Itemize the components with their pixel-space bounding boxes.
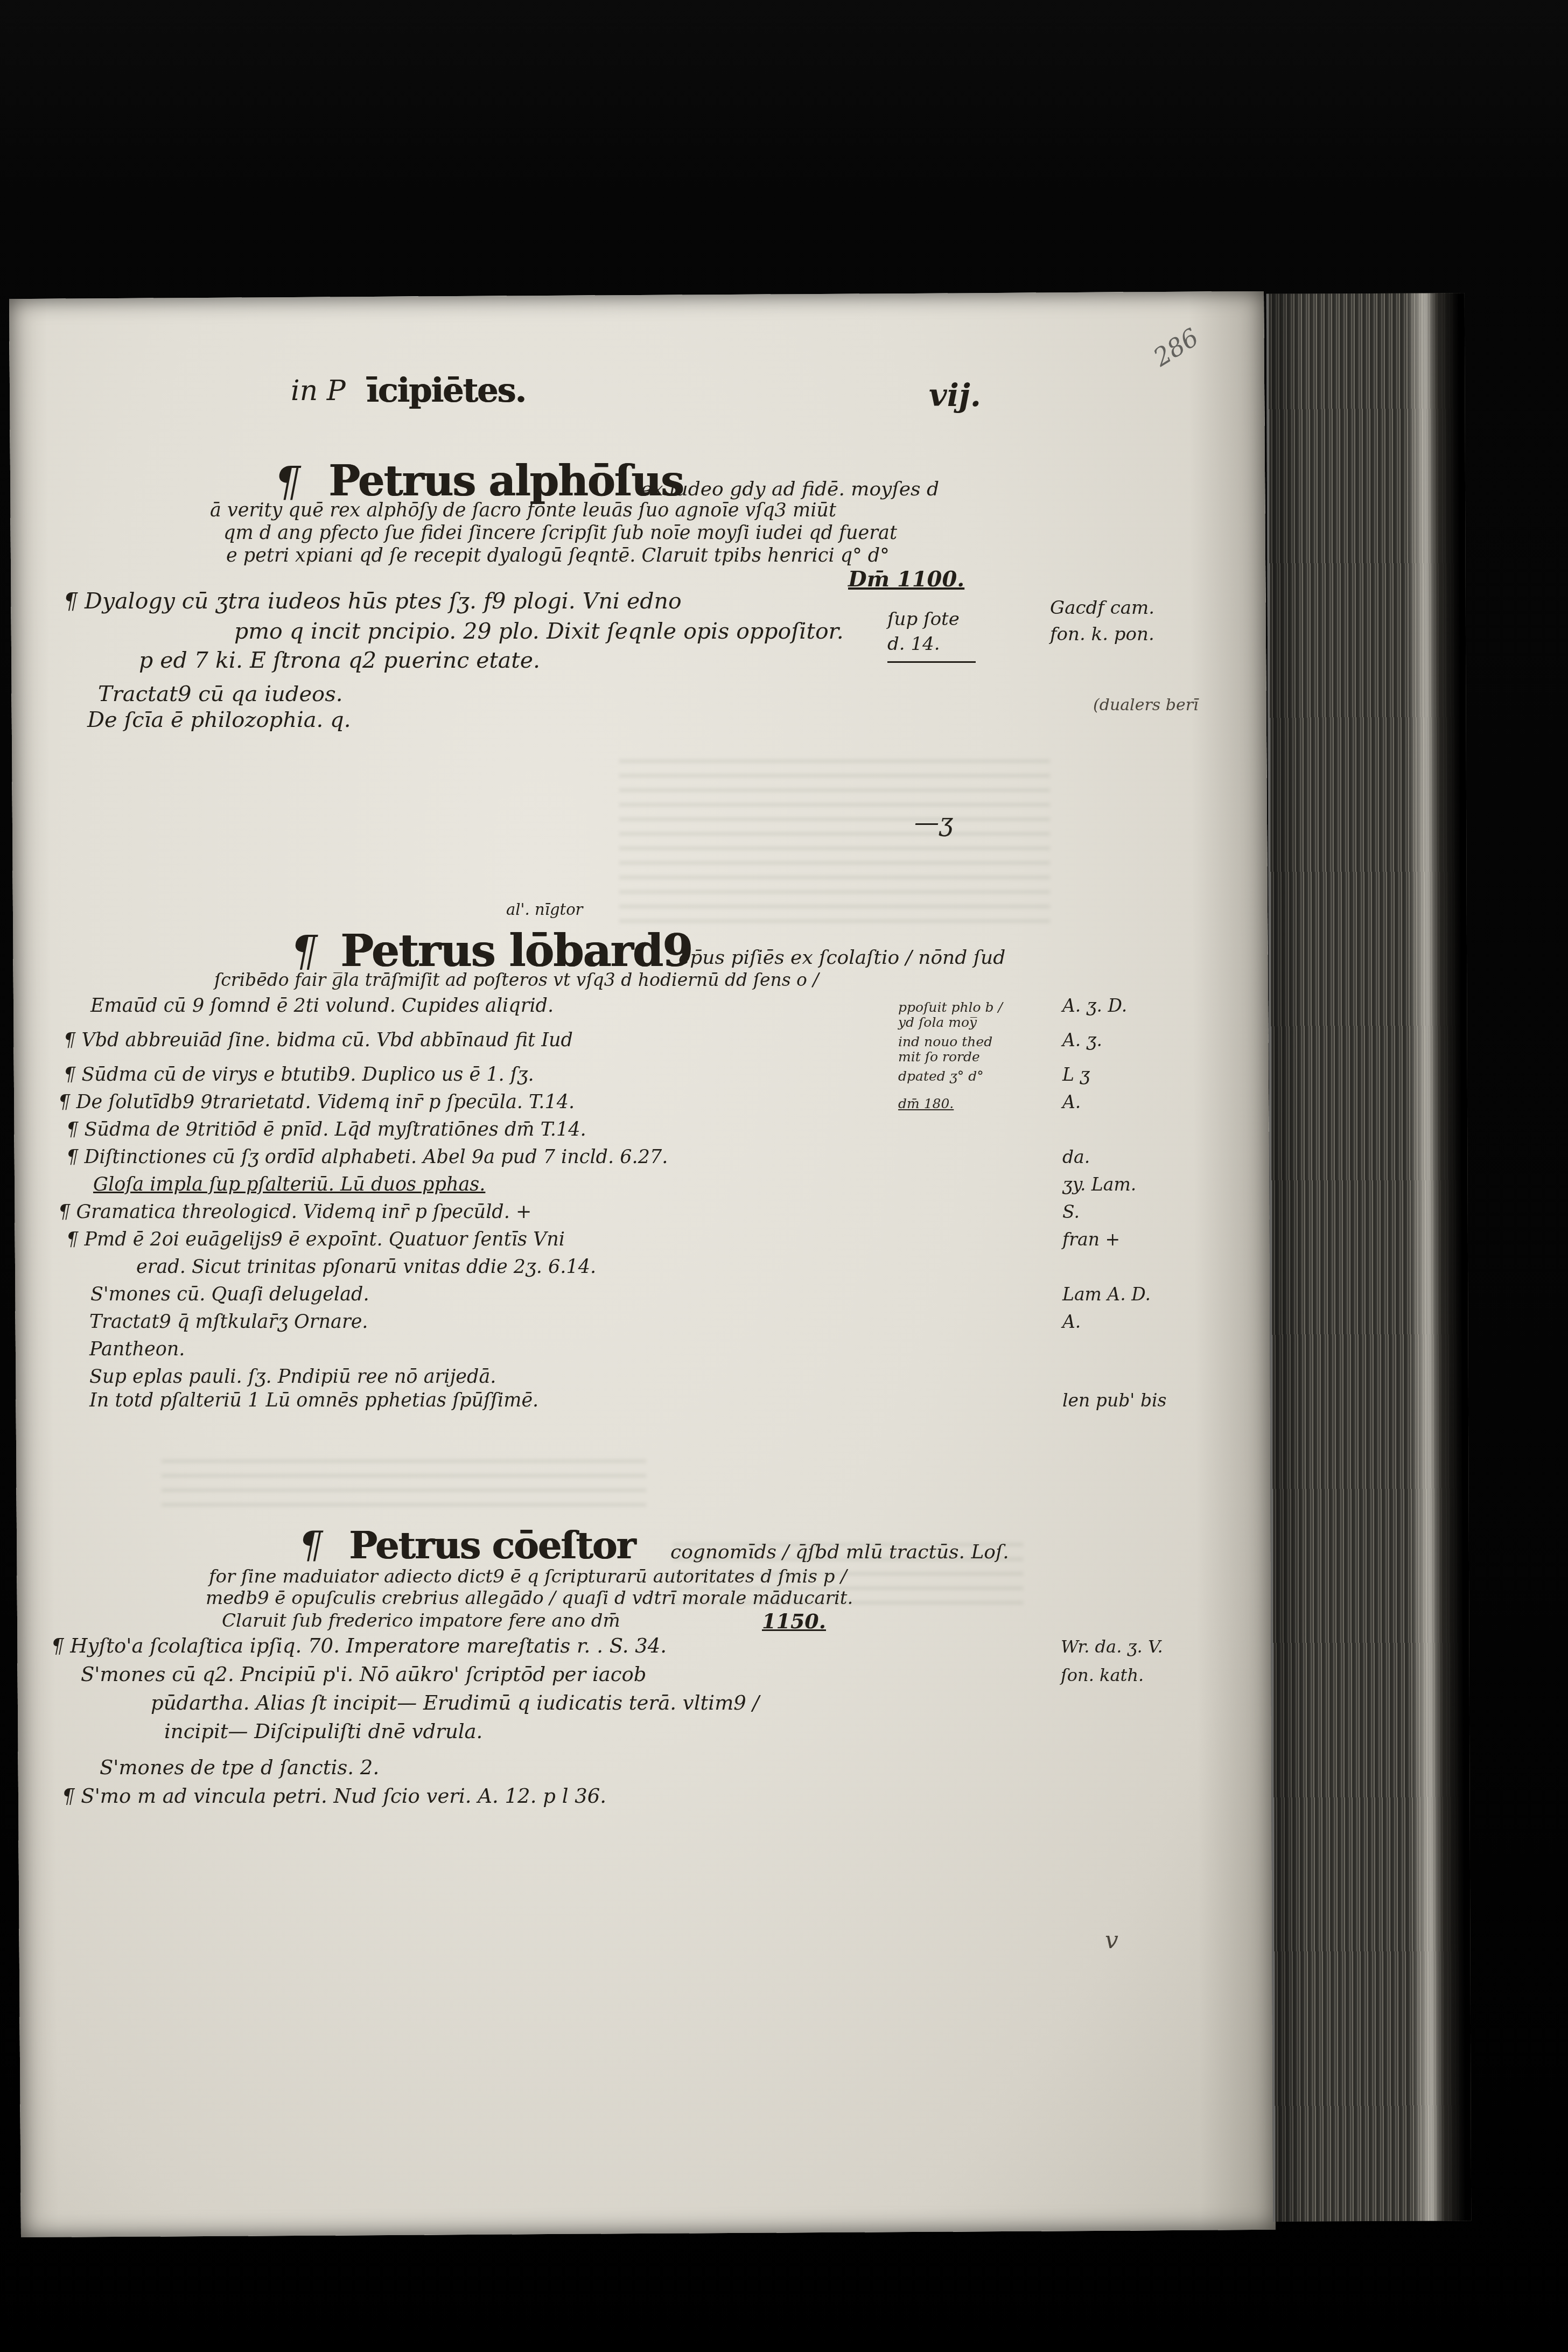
alphonsus-entry-line: pmo q incit pncipio. 29 plo. Dixit ſeqnl… <box>234 618 844 644</box>
verso-show-through <box>673 1532 1023 1607</box>
catalog-row: ¶ De ſolutīdb9 9trarietatd. Videmq inr̄ … <box>58 1091 1200 1119</box>
catalog-row: ¶ Diſtinctiones cū ſʒ ordīd alphabeti. A… <box>58 1146 1200 1174</box>
photo-background: 286 in P īcipiētes. vij. ¶ Petrus alphōſ… <box>0 0 1568 2352</box>
comestor-pilcrow: ¶ <box>299 1523 323 1567</box>
catalog-row: S'mones cū. Quaſi delugelad.Lam A. D. <box>58 1284 1200 1311</box>
alphonsus-margin-note: Gacdf cam. fon. k. pon. <box>1050 595 1154 648</box>
ink-check-mark: v <box>1105 1927 1118 1954</box>
quire-number: vij. <box>929 377 981 414</box>
alphonsus-entry-line: ¶ Dyalogy cū ʒtra iudeos hūs ptes ſʒ. f9… <box>64 588 682 614</box>
catalog-row: Emaūd cū 9 ſomnd ē 2ti volund. Cupides a… <box>58 995 1200 1030</box>
alphonsus-entry3: De ſcīa ē philozophia. q. <box>87 708 351 732</box>
running-title: īcipiētes. <box>366 370 526 410</box>
catalog-row: ¶ Sūdma cū de virys e btutib9. Duplico u… <box>58 1064 1200 1091</box>
comestor-heading: Petrus cōeſtor <box>349 1523 635 1567</box>
verso-show-through <box>162 1448 646 1513</box>
catalog-row: Sup eplas pauli. ſʒ. Pndipiū ree nō arij… <box>58 1366 1200 1390</box>
alphonsus-shelfmark-note: ſup ſote d. 14. <box>887 607 976 663</box>
catalog-row: ¶ Pmd ē 2oi euāgelijs9 ē expoīnt. Quatuo… <box>58 1229 1200 1256</box>
alphonsus-far-margin-note: (dualers berī <box>1093 696 1199 715</box>
catalog-row: Gloſa impla ſup pſalteriū. Lū duos pphas… <box>58 1174 1200 1201</box>
catalog-row: ¶ Vbd abbreuiād ſine. bidma cū. Vbd abbī… <box>58 1030 1200 1064</box>
book-fore-edge <box>1266 293 1471 2221</box>
catalog-row: pūdartha. Alias ſt incipit— Erudimū q iu… <box>51 1691 1203 1720</box>
catalog-row: S'mones cū q2. Pncipiū p'i. Nō aūkro' ſc… <box>51 1663 1203 1691</box>
catalog-row: ¶ Sūdma de 9tritiōd ē pnīd. Lq̄d myſtrat… <box>58 1119 1200 1146</box>
comestor-year: 1150. <box>762 1609 826 1633</box>
catalog-row: Pantheon. <box>58 1339 1200 1366</box>
catalog-row: ¶ Gramatica threologicd. Videmq inr̄ p ſ… <box>58 1201 1200 1229</box>
lombardus-heading-superscript: al'. nīgtor <box>506 900 583 919</box>
catalog-row: erad. Sicut trinitas pſonarū vnitas ddie… <box>58 1256 1200 1284</box>
verso-show-through <box>619 748 1050 926</box>
lombardus-heading-tail: ep̄us piſiēs ex ſcolaſtio / nōnd ſud <box>678 947 1005 969</box>
catalog-row: incipit— Diſcipuliſti dnē vdrula. <box>51 1720 1203 1748</box>
running-title-left: in P <box>291 375 346 407</box>
catalog-row: Tractat9 q̄ mſtkular̄ʒ Ornare.A. <box>58 1311 1200 1339</box>
alphonsus-entry-line: p ed 7 ki. E ſtrona q2 puerinc etate. <box>139 647 540 673</box>
comestor-intro-line: Claruit ſub frederico impatore fere ano … <box>222 1610 620 1632</box>
catalog-row: S'mones de tpe d ſanctis. 2. <box>51 1756 1203 1784</box>
catalog-row: In totd pſalteriū 1 Lū omnēs pphetias ſp… <box>58 1390 1200 1413</box>
alphonsus-intro-line: qm d ang pfecto ſue fidei ſincere ſcripſ… <box>223 522 897 544</box>
alphonsus-entry2: Tractat9 cū qa iudeos. <box>98 682 342 706</box>
lombardus-pilcrow: ¶ <box>291 927 318 976</box>
comestor-entry-list: ¶ Hyſto'a ſcolaſtica ipſiq. 70. Imperato… <box>51 1634 1203 1813</box>
alphonsus-heading-tail: ex iudeo gdy ad fidē. moyſes d <box>641 478 939 500</box>
lombardus-intro: ſcribēdo fair g̅la trāſmiſit ad poſteros… <box>214 969 819 990</box>
lombardus-entry-list: Emaūd cū 9 ſomnd ē 2ti volund. Cupides a… <box>58 995 1200 1413</box>
alphonsus-intro-line: ā verity quē rex alphōſy de ſacro fonte … <box>210 500 836 521</box>
alphonsus-pilcrow: ¶ <box>275 458 300 506</box>
catalog-row: ¶ S'mo m ad vincula petri. Nud ſcio veri… <box>51 1784 1203 1813</box>
alphonsus-intro-line: e petri xpiani qd ſe recepit dyalogū ſeq… <box>226 545 890 566</box>
alphonsus-heading: Petrus alphōſus <box>328 457 683 506</box>
catalog-row: ¶ Hyſto'a ſcolaſtica ipſiq. 70. Imperato… <box>51 1634 1203 1663</box>
alphonsus-date-note: Dm̄ 1100. <box>848 566 964 592</box>
